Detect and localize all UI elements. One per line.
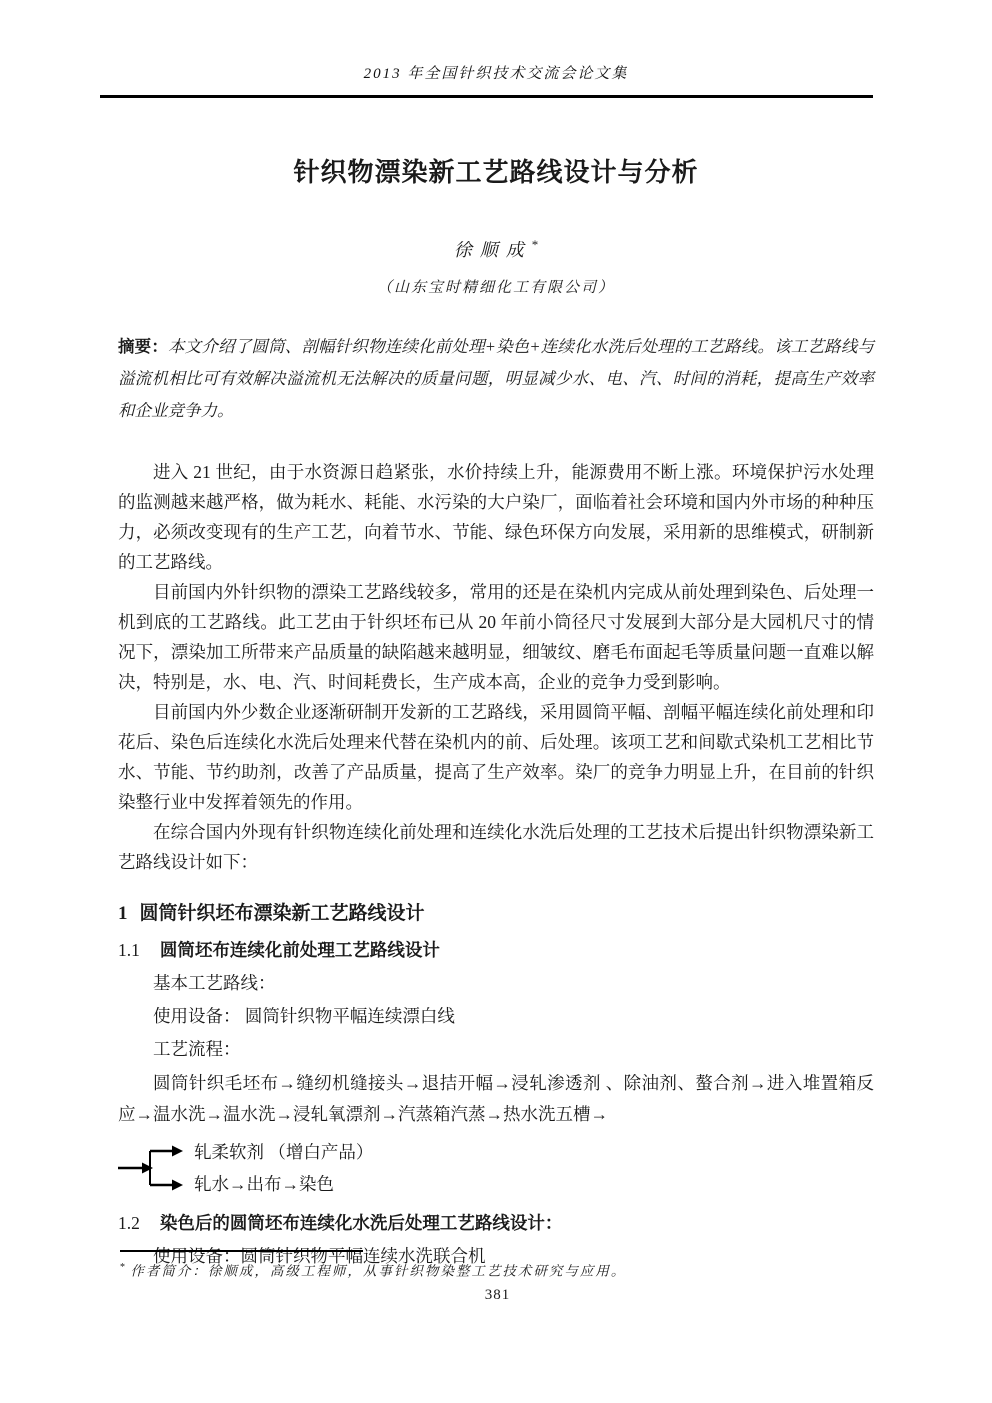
footnote-rule bbox=[120, 1250, 363, 1252]
section-1-1-number: 1.1 bbox=[118, 940, 140, 960]
section-1-1-heading: 1.1圆筒坯布连续化前处理工艺路线设计 bbox=[118, 937, 874, 963]
running-head: 2013 年全国针织技术交流会论文集 bbox=[0, 0, 992, 83]
footnote-mark: * bbox=[120, 1262, 125, 1273]
author-line: 徐顺成* bbox=[118, 236, 874, 262]
branch-rows: 轧柔软剂 （增白产品） 轧水→出布→染色 bbox=[194, 1136, 874, 1200]
section-1-2-heading: 1.2染色后的圆筒坯布连续化水洗后处理工艺路线设计： bbox=[118, 1210, 874, 1236]
paragraph-1: 进入 21 世纪，由于水资源日趋紧张，水价持续上升，能源费用不断上涨。环境保护污… bbox=[118, 457, 874, 577]
basic-route-label: 基本工艺路线： bbox=[118, 967, 874, 1000]
paper-content: 针织物漂染新工艺路线设计与分析 徐顺成* （山东宝时精细化工有限公司） 摘要：本… bbox=[118, 154, 874, 1273]
section-1-2-number: 1.2 bbox=[118, 1213, 140, 1233]
header-rule bbox=[100, 95, 873, 98]
affiliation: （山东宝时精细化工有限公司） bbox=[118, 276, 874, 297]
section-1-title: 圆筒针织坯布漂染新工艺路线设计 bbox=[140, 903, 425, 924]
section-1-1-title: 圆筒坯布连续化前处理工艺路线设计 bbox=[160, 940, 440, 960]
section-1-2-title: 染色后的圆筒坯布连续化水洗后处理工艺路线设计： bbox=[160, 1213, 563, 1233]
equipment-line-1: 使用设备： 圆筒针织物平幅连续漂白线 bbox=[118, 1000, 874, 1033]
footnote-text: 作者简介：徐顺成，高级工程师，从事针织物染整工艺技术研究与应用。 bbox=[130, 1264, 626, 1279]
section-1-number: 1 bbox=[118, 903, 128, 924]
paragraph-3: 目前国内外少数企业逐渐研制开发新的工艺路线，采用圆筒平幅、剖幅平幅连续化前处理和… bbox=[118, 697, 874, 817]
flow-branch-diagram: 轧柔软剂 （增白产品） 轧水→出布→染色 bbox=[118, 1136, 874, 1200]
section-1-heading: 1圆筒针织坯布漂染新工艺路线设计 bbox=[118, 901, 874, 927]
abstract: 摘要：本文介绍了圆筒、剖幅针织物连续化前处理+染色+连续化水洗后处理的工艺路线。… bbox=[118, 331, 874, 427]
paper-page: 2013 年全国针织技术交流会论文集 针织物漂染新工艺路线设计与分析 徐顺成* … bbox=[0, 0, 992, 1403]
paper-title: 针织物漂染新工艺路线设计与分析 bbox=[118, 154, 874, 190]
abstract-label: 摘要： bbox=[118, 338, 168, 356]
paragraph-4: 在综合国内外现有针织物连续化前处理和连续化水洗后处理的工艺技术后提出针织物漂染新… bbox=[118, 817, 874, 877]
process-flow-label: 工艺流程： bbox=[118, 1033, 874, 1066]
author-name: 徐顺成 bbox=[454, 240, 532, 260]
branch-bottom-label: 轧水→出布→染色 bbox=[194, 1168, 874, 1200]
process-flow-text: 圆筒针织毛坯布→缝纫机缝接头→退拮开幅→浸轧渗透剂 、除油剂、螯合剂→进入堆置箱… bbox=[118, 1068, 874, 1130]
footnote: * 作者简介：徐顺成，高级工程师，从事针织物染整工艺技术研究与应用。 bbox=[120, 1257, 875, 1283]
paragraph-2: 目前国内外针织物的漂染工艺路线较多，常用的还是在染机内完成从前处理到染色、后处理… bbox=[118, 577, 874, 697]
abstract-text: 本文介绍了圆筒、剖幅针织物连续化前处理+染色+连续化水洗后处理的工艺路线。该工艺… bbox=[118, 337, 874, 420]
branch-top-label: 轧柔软剂 （增白产品） bbox=[194, 1136, 874, 1168]
page-number: 381 bbox=[120, 1287, 875, 1304]
footnote-area: * 作者简介：徐顺成，高级工程师，从事针织物染整工艺技术研究与应用。 381 bbox=[120, 1250, 875, 1304]
author-footnote-mark: * bbox=[532, 237, 539, 252]
branch-arrows-icon bbox=[118, 1136, 190, 1200]
